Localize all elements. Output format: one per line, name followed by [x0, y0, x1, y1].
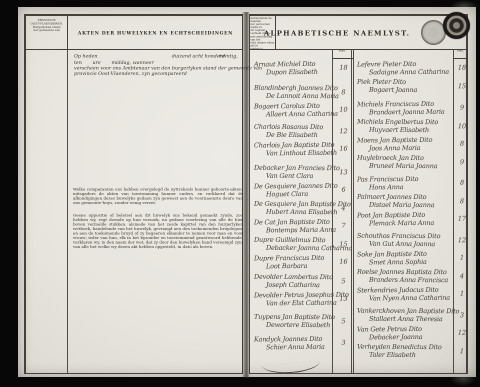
- namelist-entry: Verheyden Benedictus Dito Taler Elisabet…: [357, 343, 468, 360]
- namelist-entry: Roelse Joannes Baptista Dito Branders An…: [357, 268, 468, 285]
- namelist-entry: De Gesquiere Joannes Dito Hoguet Clara 6: [254, 182, 352, 199]
- bride-name: Plemack Maria Anna: [369, 219, 468, 228]
- namelist-entry: Dupre Guillielmus Dito Debacker Joanna C…: [254, 236, 352, 253]
- namelist-entry: Devolder Lambertus Dito Joseph Catharina…: [254, 273, 352, 290]
- right-page-alphabetical-namelist: Aenwyzende de naemen der persoonen welke…: [249, 14, 468, 374]
- margin-caption-text: PROVINCIE OOST-VLAENDEREN. Burgerlyken s…: [26, 16, 67, 32]
- namelist-entry: Palmaert Joannes Dito Distael Maria Joan…: [357, 193, 468, 210]
- form-line-duizend: duizend acht honderd: [172, 53, 225, 58]
- namelist-entry: Michiels Franciscus Dito Brandaert Joann…: [357, 100, 468, 117]
- folio-number: 6: [335, 186, 352, 194]
- bride-name: Van Nyen Anna Catharina: [369, 294, 468, 303]
- namelist-entry: Tuypens Jan Baptiste Dito Dewortere Elis…: [254, 313, 352, 330]
- bride-name: Hons Anna: [369, 183, 468, 192]
- folio-number: 13: [335, 295, 352, 303]
- margin-rule: [67, 49, 68, 373]
- form-title: AKTEN DER HUWELYKEN EN ECHTSCHEIDINGEN: [68, 16, 242, 49]
- round-ink-stamp-dark-icon: [443, 12, 470, 39]
- folio-number: 17: [456, 215, 468, 223]
- folio-number: 9: [456, 158, 468, 166]
- bride-name: Bogaert Joanna: [369, 86, 468, 95]
- scanned-register-spread: { "document": { "colors": { "background"…: [0, 0, 480, 387]
- folio-number: 7: [335, 222, 352, 230]
- folio-number: 18: [335, 64, 352, 72]
- namelist-entry: Michiels Engelbertus Dito Huyvaert Elisa…: [357, 118, 468, 135]
- folio-number: 8: [456, 179, 468, 187]
- folio-header-cell-right: Blad.: [453, 49, 468, 59]
- namelist-entry: Kandyck Joannes Dito Schier Anna Maria 3: [254, 335, 352, 352]
- bride-name: Debacker Joanna: [369, 333, 468, 342]
- bride-name: Bruneel Maria Joanna: [369, 162, 468, 171]
- bride-name: Smet Anna Sophia: [369, 258, 468, 267]
- folio-number: 1: [456, 347, 468, 355]
- namelist-title-text: ALPHABETISCHE NAEMLYST.: [264, 28, 410, 37]
- namelist-entry: Poot Jan Baptiste Dito Plemack Maria Ann…: [357, 211, 468, 228]
- namelist-entry: Van Gete Petrus Dito Debacker Joanna 12: [357, 325, 468, 342]
- form-line-twintig: twintig,: [219, 53, 238, 58]
- folio-number: 3: [456, 311, 468, 319]
- folio-header-cell-left: Blad.: [332, 49, 353, 59]
- folio-number: 18: [456, 64, 468, 72]
- namelist-entry: Sterkendries Judocus Dito Van Nyen Anna …: [357, 286, 468, 303]
- folio-number: 12: [335, 127, 352, 135]
- namelist-entry: Schouthos Franciscus Dito Van Gut Anna J…: [357, 232, 468, 249]
- namelist-entry: Lefevre Pieter Dito Sadaigne Anna Cathar…: [357, 60, 468, 77]
- bride-name: Branders Anna Francisca: [369, 276, 468, 285]
- namelist-entry: Devolder Petrus Josephus Dito Van der El…: [254, 291, 352, 308]
- folio-number: 10: [335, 106, 352, 114]
- paper-sheet: PROVINCIE OOST-VLAENDEREN. Burgerlyken s…: [18, 7, 476, 377]
- namelist-entry: De Cat Jan Baptiste Dito Bontemps Maria …: [254, 218, 352, 235]
- form-line-op-heden: Op heden: [74, 53, 97, 58]
- printed-paragraph-1-text: Welke comparanten ons hebben overgelegd …: [73, 187, 243, 205]
- folio-number: 4: [456, 272, 468, 280]
- folio-number: 8: [456, 140, 468, 148]
- namelist-entry: Arnaut Michiel Dito Dupon Elisabeth 18: [254, 60, 352, 77]
- folio-number: 5: [335, 277, 352, 285]
- folio-number: 3: [335, 339, 352, 347]
- bride-name: Joos Anna Maria: [369, 144, 468, 153]
- printed-paragraph-2: Geene oppositie of beletsel aen dit huwe…: [73, 213, 243, 285]
- bride-name: Stallaert Anna Theresia: [369, 315, 468, 324]
- left-page-marriage-act-form: PROVINCIE OOST-VLAENDEREN. Burgerlyken s…: [24, 14, 243, 374]
- folio-number: 15: [456, 82, 468, 90]
- namelist-entry: Debacker Jan Francies Dito Van Gent Clar…: [254, 164, 352, 181]
- namelist-col-left: Arnaut Michiel Dito Dupon Elisabeth 18 B…: [254, 60, 352, 353]
- bride-name: Van Gut Anna Joanna: [369, 240, 468, 249]
- folio-number: 4: [335, 204, 352, 212]
- namelist-entry: Charlois Jan Baptiste Dito Van Linthout …: [254, 141, 352, 158]
- folio-number: 12: [456, 236, 468, 244]
- form-title-text: AKTEN DER HUWELYKEN EN ECHTSCHEIDINGEN: [77, 30, 232, 36]
- namelist-entry: Blandinbergh Joannes Dito De Lannoit Ann…: [254, 84, 352, 101]
- bride-name: Brandaert Joanna Maria: [369, 108, 468, 117]
- ink-flourish: [262, 361, 321, 375]
- namelist-entry: Pas Franciscus Dito Hons Anna 8: [357, 175, 468, 192]
- folio-number: 16: [335, 145, 352, 153]
- folio-number: 8: [456, 197, 468, 205]
- folio-header-label-right: Blad.: [453, 49, 468, 52]
- folio-number: 16: [335, 258, 352, 266]
- folio-header-label-left: Blad.: [332, 49, 353, 52]
- folio-number: 1: [456, 290, 468, 298]
- namelist-entry: De Gesquiere Jan Baptiste Dito Hubert An…: [254, 200, 352, 217]
- namelist-entry: Soke Jan Baptiste Dito Smet Anna Sophia …: [357, 250, 468, 267]
- namelist-entry: Vankerckhoven Jan Baptiste Dito Stallaer…: [357, 307, 468, 324]
- folio-number: 15: [335, 240, 352, 248]
- note-line-6: vinden is.: [250, 47, 275, 49]
- namelist-col-right: Lefevre Pieter Dito Sadaigne Anna Cathar…: [357, 60, 468, 361]
- namelist-entry: Dupre Franciscus Dito Loot Barbara 16: [254, 254, 352, 271]
- bride-name: Sadaigne Anna Catharina: [369, 68, 468, 77]
- bride-name: Huyvaert Elisabeth: [369, 126, 468, 135]
- namelist-entry: Bogaert Carolus Dito Allaert Anna Cathar…: [254, 102, 352, 119]
- namelist-entry: Moens Jan Baptiste Dito Joos Anna Maria …: [357, 136, 468, 153]
- margin-line-4: der gemeente van: [26, 29, 67, 32]
- namelist-title: ALPHABETISCHE NAEMLYST.: [278, 16, 396, 49]
- printed-paragraph-2-text: Geene oppositie of beletsel aen dit huwe…: [73, 213, 243, 249]
- namelist-entry: Huylebroeck Jan Dito Bruneel Maria Joann…: [357, 154, 468, 171]
- act-form-preamble: Op heden duizend acht honderd twintig, t…: [68, 52, 243, 94]
- namelist-header-row: Aenwyzende de naemen der persoonen welke…: [250, 16, 466, 50]
- form-header-row: PROVINCIE OOST-VLAENDEREN. Burgerlyken s…: [26, 16, 242, 50]
- namelist-entry: Piek Pieter Dito Bogaert Joanna 15: [357, 78, 468, 95]
- folio-number: 8: [335, 88, 352, 96]
- folio-number: 5: [335, 317, 352, 325]
- folio-number: 10: [456, 122, 468, 130]
- folio-number: 12: [456, 329, 468, 337]
- namelist-entry: Charlois Rosanus Dito De Bie Elisabeth 1…: [254, 123, 352, 140]
- column-divider-rule-2: [353, 49, 354, 373]
- folio-number: 1: [456, 254, 468, 262]
- bride-name: Taler Elisabeth: [369, 351, 468, 360]
- form-line-provincie: provincie Oost-Vlaenderen, zyn gecompare…: [74, 71, 187, 76]
- folio-number: 9: [456, 104, 468, 112]
- bride-name: Distael Maria Joanna: [369, 201, 468, 210]
- folio-number: 13: [335, 168, 352, 176]
- margin-caption-box: PROVINCIE OOST-VLAENDEREN. Burgerlyken s…: [26, 16, 68, 49]
